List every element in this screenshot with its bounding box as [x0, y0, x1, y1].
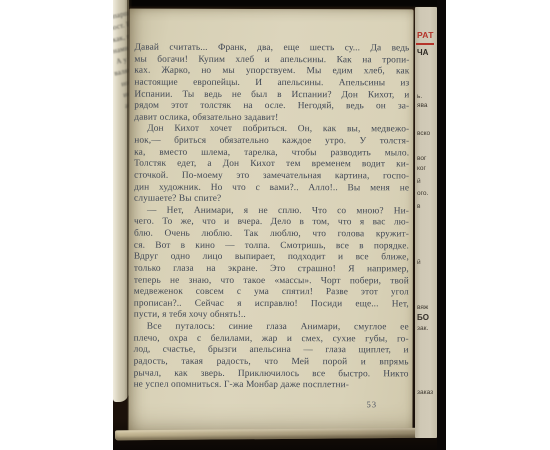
text-line: Дон Кихот хочет побриться. Он, как вы, м… — [134, 124, 409, 136]
book-photo: опаршрост. Икак, понами. ТА у насваляют … — [113, 0, 446, 450]
red-underline — [416, 43, 434, 45]
side-strip-fragment: вяж — [417, 304, 428, 311]
text-line: теперь не знаю, что такое «массы». Чорт … — [134, 275, 409, 287]
side-strip-fragment: ява — [417, 102, 428, 109]
text-line: чего. То же, что и вчера. Дело в том, чт… — [134, 217, 409, 229]
side-strip-fragment: вог — [417, 155, 426, 162]
text-line: ках. Жарко, но мы упорствуем. Мы едим хл… — [134, 66, 409, 78]
text-line: только глаза на экране. Это страшно! Я н… — [134, 264, 409, 276]
text-line: лод, счастье, брызги апельсина — глаза щ… — [134, 345, 409, 357]
text-line: слушаете? Вы спите? — [134, 194, 409, 206]
text-line: блю. Очень люблю. Так люблю, что голова … — [134, 229, 409, 241]
text-line: пусти, я тебя хочу обнять!.. — [134, 310, 409, 322]
side-strip-fragment: й — [417, 259, 421, 266]
side-strip-fragment: в — [417, 203, 420, 210]
page-text: Давай считать... Франк, два, еще шесть с… — [134, 43, 410, 392]
text-line: радость, такая радость, что Мей порой и … — [134, 357, 409, 369]
text-line: Все путалось: синие глаза Анимари, смугл… — [134, 322, 409, 334]
book-page: Давай считать... Франк, два, еще шесть с… — [128, 9, 413, 433]
side-strip-fragment: й — [417, 178, 421, 185]
side-strip-fragment: ког — [417, 165, 426, 172]
text-line: дин художник. Но что с вами?.. Алло!.. В… — [134, 182, 409, 194]
side-strip-fragment: зак. — [417, 325, 428, 332]
text-line: — Нет, Анимари, я не сплю. Что со мною? … — [134, 205, 409, 217]
side-strip-fragment: ЧА — [417, 48, 428, 57]
photo-dark-edge — [437, 0, 446, 450]
side-strip-fragment: ь. — [417, 93, 422, 100]
text-line: сточкой. По-моему это замечательная карт… — [134, 171, 409, 183]
text-line: настоящие европейцы. И апельсины. Апельс… — [134, 78, 409, 90]
text-line: медвеженок совсем с ума спятил! Разве эт… — [134, 287, 409, 299]
text-line: рядом этот толстяк на осле. Негодяй, вед… — [134, 101, 409, 113]
text-line: рычал, как зверь. Приключилось все быстр… — [134, 368, 409, 380]
side-strip-fragment: заказ — [417, 389, 433, 396]
text-line: не успел опомниться. Г-жа Монбар даже по… — [134, 380, 409, 392]
text-line: Испании. Ты ведь не был в Испании? Дон К… — [134, 89, 409, 101]
text-line: ка, вместо шлема, тарелка, чтобы разводи… — [134, 147, 409, 159]
side-strip-fragment: вско — [417, 130, 430, 137]
side-strip-fragment: РАТ — [417, 30, 434, 40]
side-strip-fragment: ого. — [417, 190, 428, 197]
page-number: 53 — [367, 399, 378, 409]
text-line: нок,— бриться обязательно каждое утро. У… — [134, 136, 409, 148]
pages-bottom-edge — [115, 428, 437, 441]
text-line: Вдруг одно лицо выпирает, подходит и все… — [134, 252, 409, 264]
text-line: Толстяк едет, а Дон Кихот тем временем в… — [134, 159, 409, 171]
text-line: Давай считать... Франк, два, еще шесть с… — [134, 43, 409, 55]
side-page-strip: РАТЧАь.явавсковогкогйого.вйвяжБОзак.зака… — [415, 7, 437, 438]
side-strip-fragment: БО — [417, 313, 429, 322]
